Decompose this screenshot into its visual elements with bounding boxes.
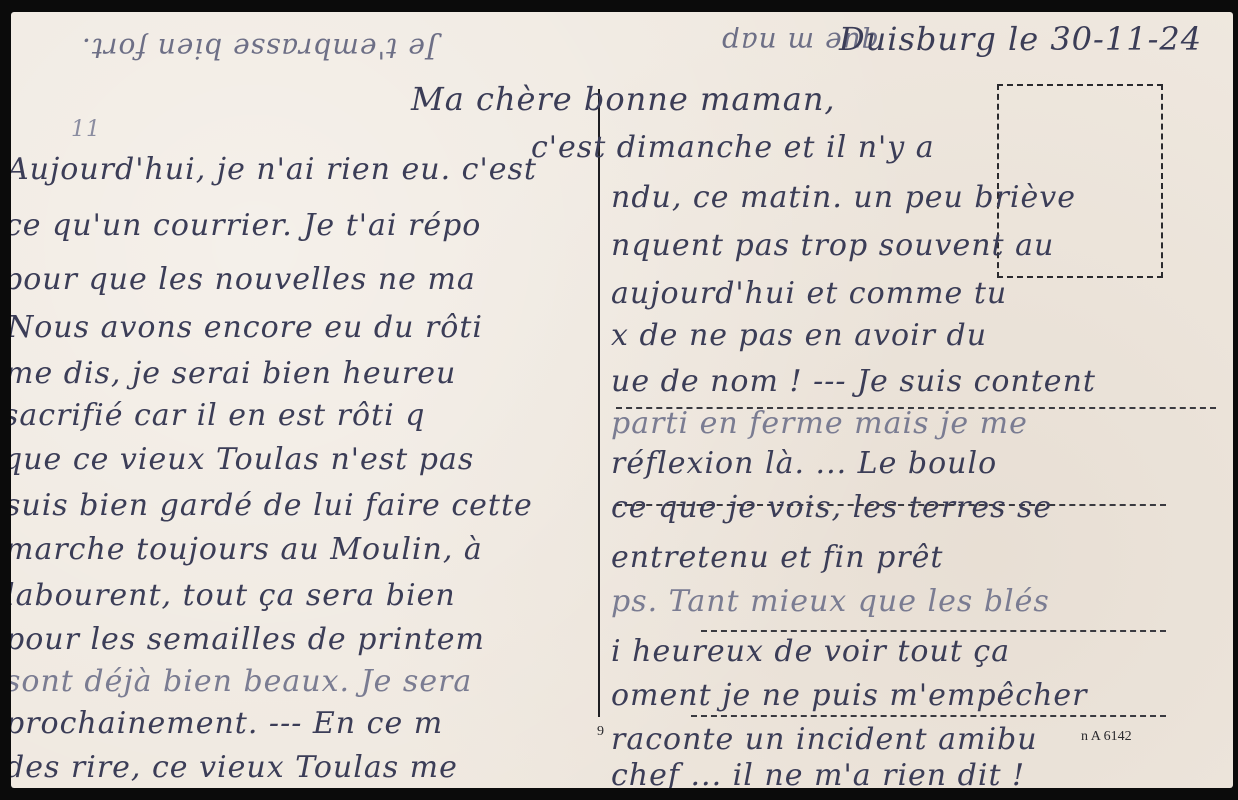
letter-line-right: parti en ferme mais je me (611, 406, 1028, 441)
letter-line-left: suis bien gardé de lui faire cette (11, 488, 533, 523)
salutation: Ma chère bonne maman, (411, 80, 836, 118)
postcard-back: 9 n A 6142 Je t'embrasse bien fort. que … (11, 12, 1233, 788)
letter-line-left: des rire, ce vieux Toulas me (11, 750, 458, 785)
letter-line-left: marche toujours au Moulin, à (11, 532, 483, 567)
letter-line-left: Aujourd'hui, je n'ai rien eu. c'est (11, 152, 537, 187)
letter-line-right: entretenu et fin prêt (611, 540, 943, 575)
letter-line-left: labourent, tout ça sera bien (11, 578, 456, 613)
center-divider-line (598, 89, 600, 717)
letter-line-right: oment je ne puis m'empêcher (611, 678, 1088, 713)
letter-line-left: pour que les nouvelles ne ma (11, 262, 476, 297)
letter-line-right: nquent pas trop souvent au (611, 228, 1054, 263)
margin-number: 11 (71, 117, 101, 142)
catalog-code: n A 6142 (1081, 729, 1132, 745)
letter-line-left: pour les semailles de printem (11, 622, 485, 657)
letter-line-left: sont déjà bien beaux. Je sera (11, 664, 472, 699)
letter-line-left: sacrifié car il en est rôti q (11, 398, 425, 433)
letter-line-right-0: c'est dimanche et il n'y a (531, 130, 935, 165)
letter-line-right: chef ... il ne m'a rien dit ! (611, 758, 1025, 788)
letter-line-left: que ce vieux Toulas n'est pas (11, 442, 474, 477)
letter-line-right: aujourd'hui et comme tu (611, 276, 1007, 311)
letter-line-right: ce que je vois, les terres se (611, 490, 1052, 525)
letter-line-right: ue de nom ! --- Je suis content (611, 364, 1096, 399)
letter-line-left: prochainement. --- En ce m (11, 706, 443, 741)
upside-down-closing: Je t'embrasse bien fort. (81, 32, 437, 65)
letter-line-right: ps. Tant mieux que les blés (611, 584, 1050, 619)
letter-line-right: ndu, ce matin. un peu briève (611, 180, 1076, 215)
letter-line-right: i heureux de voir tout ça (611, 634, 1010, 669)
letter-line-right: raconte un incident amibu (611, 722, 1038, 757)
place-date: Duisburg le 30-11-24 (839, 20, 1202, 58)
letter-line-right: réflexion là. ... Le boulo (611, 446, 997, 481)
letter-line-left: me dis, je serai bien heureu (11, 356, 456, 391)
address-line-4 (691, 715, 1166, 717)
letter-line-right: x de ne pas en avoir du (611, 318, 987, 353)
address-line-3 (701, 630, 1166, 632)
page-number: 9 (597, 724, 604, 740)
letter-line-left: Nous avons encore eu du rôti (11, 310, 483, 345)
letter-line-left: ce qu'un courrier. Je t'ai répo (11, 208, 481, 243)
